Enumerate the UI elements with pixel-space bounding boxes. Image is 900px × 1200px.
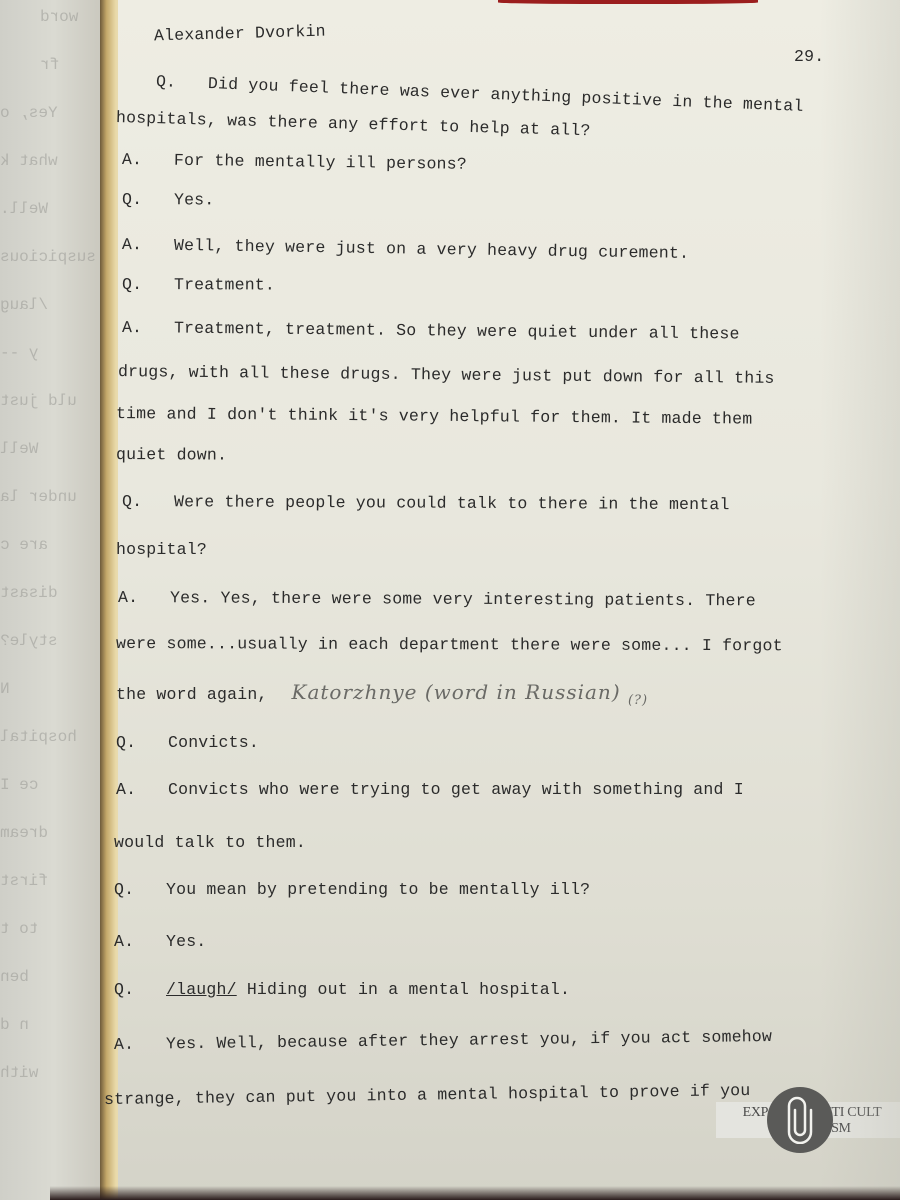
line-text: For the mentally ill persons? [174,151,467,174]
transcript-line: hospitals, was there any effort to help … [116,108,591,140]
speaker-label: Q. [116,733,168,752]
header-name: Alexander Dvorkin [154,22,326,46]
bleed-through-text: are c [0,536,48,554]
page-bottom-edge [50,1186,900,1200]
bleed-through-text: what k [0,152,58,170]
line-text: Hiding out in a mental hospital. [247,980,570,999]
line-text: quiet down. [116,445,227,465]
speaker-label: A. [114,1034,166,1054]
bleed-through-text: word [40,8,78,26]
bleed-through-text: /laug [0,296,48,314]
red-object-edge [498,0,758,4]
bleed-through-text: dream [0,824,48,842]
line-text: strange, they can put you into a mental … [104,1081,751,1109]
bleed-through-text: Yes, o [0,104,58,122]
line-text: hospitals, was there any effort to help … [116,108,591,140]
line-text: Convicts. [168,733,259,752]
speaker-label: Q. [156,72,209,93]
speaker-label: A. [116,780,168,799]
transcript-line: Q.Were there people you could talk to th… [122,492,730,514]
bleed-through-text: first [0,872,48,890]
transcript-line: A.Yes. [114,932,206,951]
transcript-line: A.Treatment, treatment. So they were qui… [122,318,740,343]
bleed-through-text: suspicious [0,248,96,266]
bleed-through-text: style? [0,632,58,650]
speaker-label: A. [122,235,174,255]
transcript-line: drugs, with all these drugs. They were j… [118,362,775,388]
transcript-line: hospital? [116,540,207,559]
speaker-label: Q. [122,275,174,294]
transcript-line: A.Yes. Yes, there were some very interes… [118,588,756,610]
bleed-through-text: disast [0,584,58,602]
line-text: Convicts who were trying to get away wit… [168,780,744,799]
facing-page: wordfrYes, owhat kWell.suspicious/laugy … [0,0,108,1200]
transcript-line: Q./laugh/ Hiding out in a mental hospita… [114,980,570,999]
bleed-through-text: ce I [0,776,38,794]
speaker-label: Q. [122,492,174,511]
bleed-through-text: n d [0,1016,29,1034]
bleed-through-text: Well [0,440,38,458]
line-text: Well, they were just on a very heavy dru… [174,236,689,263]
transcript-line: A.Yes. Well, because after they arrest y… [114,1027,772,1054]
speaker-label: A. [122,150,174,170]
line-text: Yes. [174,190,215,209]
transcript-line: time and I don't think it's very helpful… [116,404,753,429]
line-text: You mean by pretending to be mentally il… [166,880,590,899]
bleed-through-text: y -- [0,344,38,362]
handwritten-annotation: Katorzhnye (word in Russian) (?) [292,680,649,704]
transcript-line: A.Convicts who were trying to get away w… [116,780,744,799]
line-text: Treatment, treatment. So they were quiet… [174,319,740,344]
paperclip-icon [767,1087,833,1153]
transcript-line: Q.Convicts. [116,733,259,752]
bleed-through-text: uld just [0,392,77,410]
transcript-line: would talk to them. [114,833,306,852]
transcript-line: Q.You mean by pretending to be mentally … [114,880,590,899]
transcript-line: A.For the mentally ill persons? [122,150,467,174]
page-number: 29. [794,47,824,66]
speaker-label: A. [114,932,166,951]
bleed-through-text: ben [0,968,29,986]
bleed-through-text: Well. [0,200,48,218]
bleed-through-text: to t [0,920,38,938]
stage-direction: /laugh/ [166,980,237,999]
transcript-line: Q.Yes. [122,190,215,209]
speaker-label: A. [122,318,174,338]
bleed-through-text: under la [0,488,77,506]
bleed-through-text: hospital [0,728,77,746]
transcript-line: the word again,Katorzhnye (word in Russi… [116,680,648,708]
transcript-line: A.Well, they were just on a very heavy d… [122,235,689,263]
line-text: Yes. [166,932,206,951]
line-text: time and I don't think it's very helpful… [116,404,753,429]
transcript-line: were some...usually in each department t… [116,634,783,655]
transcript-line: Q.Did you feel there was ever anything p… [156,72,804,116]
transcript-line: Q.Treatment. [122,275,275,295]
line-text: the word again, [116,685,268,704]
line-text: were some...usually in each department t… [116,634,783,655]
bleed-through-text: N [0,680,10,698]
speaker-label: Q. [122,190,174,209]
speaker-label: Q. [114,980,166,999]
line-text: Did you feel there was ever anything pos… [208,74,804,116]
bleed-through-text: fr [40,56,59,74]
speaker-label: A. [118,588,170,607]
line-text: Yes. Yes, there were some very interesti… [170,588,756,610]
line-text: Were there people you could talk to ther… [174,492,730,514]
speaker-label: Q. [114,880,166,899]
transcript-line: quiet down. [116,445,227,465]
transcript-page: Alexander Dvorkin 29. Q.Did you feel the… [118,0,900,1200]
transcript-line: strange, they can put you into a mental … [104,1081,751,1109]
line-text: drugs, with all these drugs. They were j… [118,362,775,388]
line-text: Treatment. [174,275,275,294]
line-text: hospital? [116,540,207,559]
line-text: would talk to them. [114,833,306,852]
line-text: Yes. Well, because after they arrest you… [166,1027,772,1053]
bleed-through-text: with [0,1064,38,1082]
